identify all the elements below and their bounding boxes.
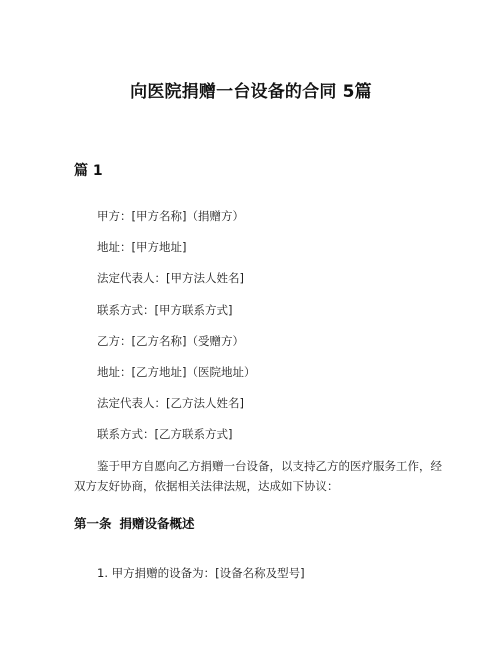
article-1-title: 捐赠设备概述 [120,516,195,531]
party-b-address-line: 地址：[乙方地址]（医院地址） [97,364,255,380]
party-a-representative-line: 法定代表人：[甲方法人姓名] [97,270,244,286]
document-page: 向医院捐赠一台设备的合同 5篇 篇 1 甲方：[甲方名称]（捐赠方） 地址：[甲… [0,0,502,649]
party-b-representative-line: 法定代表人：[乙方法人姓名] [97,395,244,411]
article-1-item-1: 1. 甲方捐赠的设备为：[设备名称及型号] [97,565,305,581]
article-1-number: 第一条 [74,516,112,531]
party-a-address-line: 地址：[甲方地址] [97,239,186,255]
party-b-name-line: 乙方：[乙方名称]（受赠方） [97,333,244,349]
party-a-contact-line: 联系方式：[甲方联系方式] [97,302,232,318]
section-heading: 篇 1 [74,160,103,180]
party-a-name-line: 甲方：[甲方名称]（捐赠方） [97,208,244,224]
preamble-paragraph: 鉴于甲方自愿向乙方捐赠一台设备，以支持乙方的医疗服务工作，经双方友好协商，依据相… [74,456,446,496]
article-1-heading: 第一条捐赠设备概述 [74,514,195,532]
party-b-contact-line: 联系方式：[乙方联系方式] [97,426,232,442]
document-title: 向医院捐赠一台设备的合同 5篇 [0,77,502,102]
